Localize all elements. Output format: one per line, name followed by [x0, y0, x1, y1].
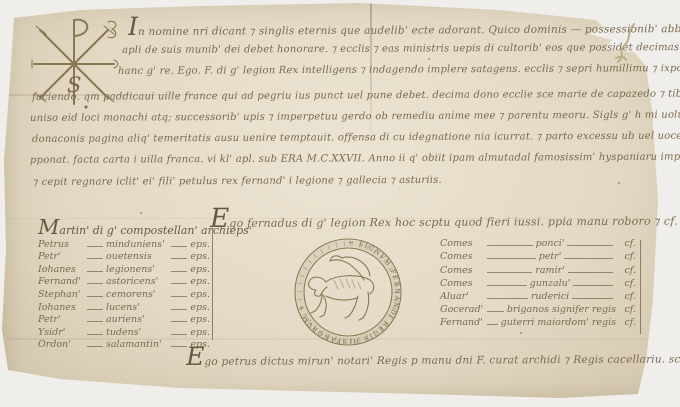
bishop-see: astoricens' [106, 276, 168, 287]
bishop-see: minduniens' [106, 239, 168, 250]
count-row: Aluar'rudericicf. [440, 289, 636, 302]
leader-line [171, 258, 187, 259]
left-column-bracket-line [212, 228, 213, 340]
count-title: Fernand' [440, 317, 484, 328]
archbishop-header-text: artin' di g' compostellan' archieps' [59, 224, 251, 237]
bishop-row: Stephan'cemorens'eps. [38, 287, 210, 300]
archbishop-header-line: Martin' di g' compostellan' archieps' [38, 220, 210, 237]
count-name: ponci' [536, 238, 565, 249]
rota-inner-circle [304, 248, 392, 336]
count-name: ruderici [531, 291, 569, 302]
count-row: Comesponci'cf. [440, 236, 636, 249]
leader-line [171, 309, 187, 310]
bishop-rank: eps. [190, 314, 210, 325]
bishop-row: Ordon'salamantin'eps. [38, 338, 210, 351]
bishop-rank: eps. [190, 239, 210, 250]
leader-line [487, 258, 536, 259]
bishop-rank: eps. [190, 264, 210, 275]
photo-of-medieval-charter: S In nomine nri dicant ⁊ singlis eternis… [0, 0, 680, 407]
count-row: Comespetr'cf. [440, 249, 636, 262]
bishop-see: cemorens' [106, 289, 168, 300]
leader-line [87, 271, 103, 272]
bishop-row: Iohaneslegionens'eps. [38, 262, 210, 275]
ink-speck [520, 332, 522, 334]
count-name: guterri maiordom' regis [501, 317, 616, 328]
count-row: Comesgunzalu'cf. [440, 276, 636, 289]
leader-line [487, 245, 533, 246]
royal-confirmation-line: Ego fernadus di g' legion Rex hoc scptu … [210, 208, 678, 230]
bishop-name: Stephan' [38, 289, 84, 300]
punctuation-dot [84, 105, 87, 108]
count-row: Comesramir'cf. [440, 262, 636, 275]
ink-speck [428, 58, 430, 60]
leader-line [573, 285, 613, 286]
bishop-row: Iohaneslucens'eps. [38, 300, 210, 313]
count-title: Comes [440, 251, 484, 262]
leader-line [564, 258, 613, 259]
illuminated-initial: E [186, 342, 205, 371]
confirmation-mark: cf. [616, 304, 636, 315]
bishop-see: legionens' [106, 264, 168, 275]
leader-line [87, 321, 103, 322]
count-title: Comes [440, 238, 484, 249]
leader-line [171, 321, 187, 322]
leader-line [87, 283, 103, 284]
yellow-stain [46, 381, 68, 388]
leader-line [87, 296, 103, 297]
count-name: briganos signifer regis [507, 304, 616, 315]
count-row: Gocerad'briganos signifer regiscf. [440, 302, 636, 315]
leader-line [171, 334, 187, 335]
leader-line [487, 311, 504, 312]
confirmation-text: go fernadus di g' legion Rex hoc scptu q… [229, 215, 677, 230]
parchment-corner-fold [588, 18, 652, 82]
notary-text: go petrus dictus mirun' notari' Regis p … [204, 353, 680, 368]
right-column-bracket-line [640, 240, 641, 334]
bishop-name: Ordon' [38, 339, 84, 350]
illuminated-initial: I [128, 12, 138, 41]
illuminated-initial: M [38, 215, 59, 239]
leader-line [171, 346, 187, 347]
bishop-row: Petr'ouetensiseps. [38, 250, 210, 263]
bishop-see: ouetensis [106, 251, 168, 262]
confirmation-mark: cf. [616, 317, 636, 328]
count-name: gunzalu' [530, 278, 571, 289]
bishop-see: tudens' [106, 327, 168, 338]
leader-line [171, 246, 187, 247]
bishops-signature-column: Martin' di g' compostellan' archieps' Pe… [38, 220, 210, 350]
bishop-name: Iohanes [38, 302, 84, 313]
leader-line [487, 324, 498, 325]
bishop-see: lucens' [106, 302, 168, 313]
charter-line-text: ⁊ cepit regnare iclit' ei' fili' petulus… [33, 175, 442, 188]
bishop-row: Petrusminduniens'eps. [38, 237, 210, 250]
leader-line [487, 272, 532, 273]
bishop-rank: eps. [190, 302, 210, 313]
confirmation-mark: cf. [616, 291, 636, 302]
confirmation-mark: cf. [616, 265, 636, 276]
ink-speck [140, 212, 142, 214]
count-name: ramir' [535, 265, 564, 276]
leader-line [171, 296, 187, 297]
bishop-row: Ysidr'tudens'eps. [38, 325, 210, 338]
leader-line [87, 334, 103, 335]
bishop-name: Fernand' [38, 276, 84, 287]
lion-figure [308, 256, 373, 320]
leader-line [87, 258, 103, 259]
bishop-name: Petr' [38, 251, 84, 262]
bishop-name: Petrus [38, 239, 84, 250]
counts-signature-column: Comesponci'cf. Comespetr'cf. Comesramir'… [440, 236, 636, 328]
confirmation-mark: cf. [616, 238, 636, 249]
ink-speck [618, 182, 620, 184]
confirmation-mark: cf. [616, 251, 636, 262]
leader-line [487, 298, 528, 299]
count-title: Comes [440, 265, 484, 276]
bishop-rank: eps. [190, 327, 210, 338]
leader-line [567, 245, 613, 246]
bishop-see: auriens' [106, 314, 168, 325]
leader-line [487, 285, 527, 286]
leader-line [572, 298, 613, 299]
bishop-rank: eps. [190, 251, 210, 262]
royal-rota-seal: + SIGNVM FERNANDI REGIS HISPANORVM + [286, 230, 410, 354]
count-title: Aluar' [440, 291, 484, 302]
count-title: Gocerad' [440, 304, 484, 315]
leader-line [171, 271, 187, 272]
bishop-row: Fernand'astoricens'eps. [38, 275, 210, 288]
charter-line: ⁊ cepit regnare iclit' ei' fili' petulus… [33, 175, 442, 188]
leader-line [568, 272, 613, 273]
bishop-see: salamantin' [106, 339, 168, 350]
leader-line [87, 346, 103, 347]
bishop-rank: eps. [190, 276, 210, 287]
bishop-name: Petr' [38, 314, 84, 325]
notary-subscription-line: Ego petrus dictus mirun' notari' Regis p… [186, 345, 680, 368]
count-name: petr' [539, 251, 562, 262]
count-row: Fernand'guterri maiordom' regiscf. [440, 315, 636, 328]
bishop-name: Iohanes [38, 264, 84, 275]
leader-line [87, 246, 103, 247]
leader-line [171, 283, 187, 284]
leader-line [87, 309, 103, 310]
bishop-name: Ysidr' [38, 327, 84, 338]
bishop-row: Petr'auriens'eps. [38, 313, 210, 326]
bishop-rank: eps. [190, 289, 210, 300]
confirmation-mark: cf. [616, 278, 636, 289]
count-title: Comes [440, 278, 484, 289]
